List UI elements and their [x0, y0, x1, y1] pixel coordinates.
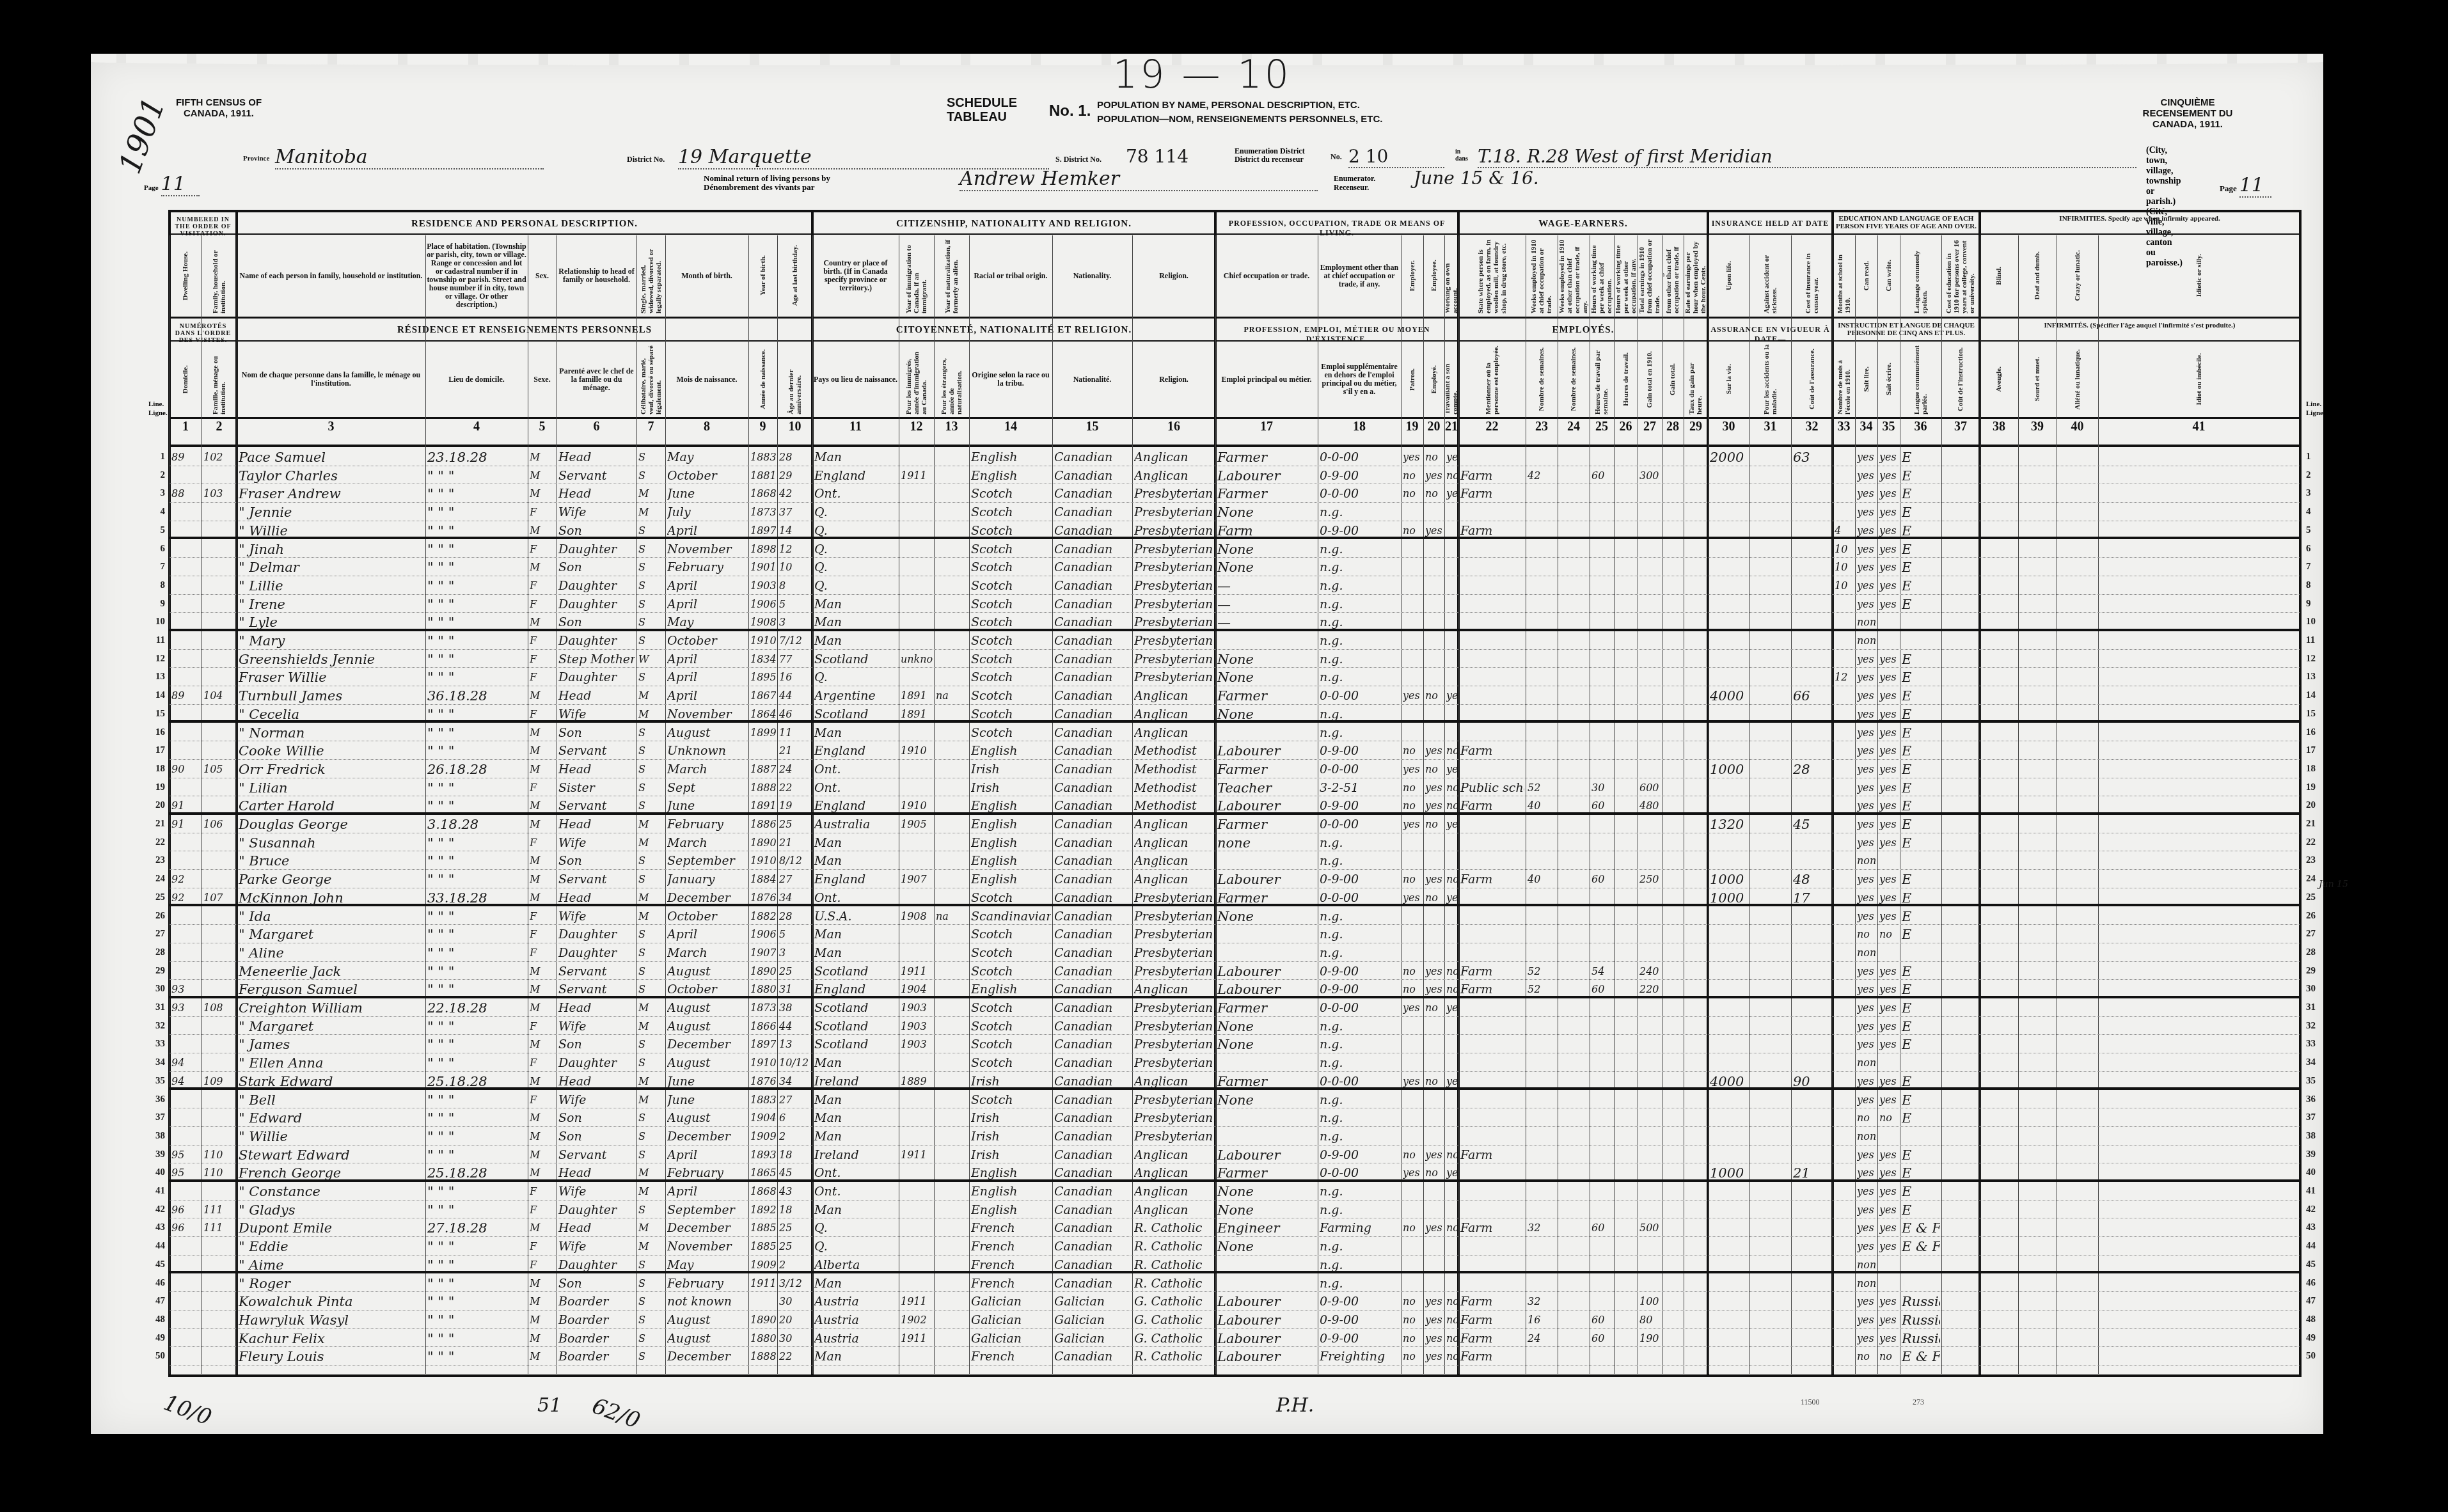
cell-sex: F: [530, 705, 555, 723]
cell-other-employment: 0-9-00: [1320, 963, 1400, 980]
column-36-header-text: Language commonly spoken.: [1913, 238, 1929, 313]
cell-birth-month: August: [667, 1109, 747, 1126]
column-10-header-text: Âge au dernier anniversaire.: [787, 344, 803, 414]
cell-can-write: yes: [1879, 963, 1899, 980]
column-27-header-en: Total earnings in 1910 from chief occupa…: [1639, 237, 1661, 315]
cell-nationality: Canadian: [1054, 980, 1131, 998]
cell-sex: M: [530, 1330, 555, 1347]
cell-birth-month: November: [667, 705, 747, 723]
line-number-right: 42: [2306, 1204, 2325, 1215]
cell-birthplace: Ireland: [814, 1073, 897, 1090]
cell-person-name: Fraser Willie: [239, 668, 424, 686]
cell-birthplace: Ont.: [814, 760, 897, 778]
line-label-right: Line. Ligne.: [2306, 400, 2325, 418]
cell-employer: no: [1403, 742, 1422, 759]
cell-nationality: Canadian: [1054, 650, 1131, 668]
cell-chief-occupation: —: [1217, 595, 1316, 613]
cell-birthplace: Man: [814, 834, 897, 851]
cell-own-account: no: [1446, 1311, 1457, 1328]
cell-immigration-year: 1903: [901, 999, 933, 1016]
cell-relationship: Wife: [558, 1091, 635, 1108]
cell-can-read: yes: [1857, 467, 1876, 484]
line-number: 50: [146, 1351, 165, 1362]
column-5-header-fr: Sexe.: [529, 343, 555, 416]
cell-nationality: Canadian: [1054, 724, 1131, 741]
cell-can-write: yes: [1879, 1164, 1899, 1181]
cell-chief-occupation: Farmer: [1217, 1073, 1316, 1090]
cell-sex: M: [530, 1293, 555, 1310]
nominal-return-fr: Dénombrement des vivants par: [704, 183, 830, 192]
cell-other-employment: 0-0-00: [1320, 1073, 1400, 1090]
cell-other-employment: n.g.: [1320, 540, 1400, 558]
cell-marital-status: S: [638, 925, 664, 943]
cell-sex: M: [530, 742, 555, 759]
cell-person-name: " Ellen Anna: [239, 1054, 424, 1071]
line-number-right: 4: [2306, 507, 2325, 517]
cell-marital-status: S: [638, 724, 664, 741]
column-16-header-fr: Religion.: [1133, 343, 1214, 416]
cell-can-read: yes: [1857, 815, 1876, 833]
cell-birth-year: 1908: [750, 613, 776, 631]
cell-can-read: yes: [1857, 980, 1876, 998]
cell-employee: no: [1425, 1164, 1443, 1181]
cell-employee: yes: [1425, 1348, 1443, 1365]
cell-relationship: Daughter: [558, 1256, 635, 1273]
cell-other-employment: 0-0-00: [1320, 760, 1400, 778]
cell-place-of-habitation: 27.18.28: [427, 1219, 526, 1236]
cell-hours-chief: 60: [1591, 1219, 1613, 1236]
cell-nationality: Canadian: [1054, 1275, 1131, 1292]
cell-sex: F: [530, 925, 555, 943]
cell-marital-status: W: [638, 650, 664, 668]
cell-chief-occupation: Farmer: [1217, 815, 1316, 833]
cell-dwelling-number: 95: [171, 1164, 200, 1181]
cell-relationship: Head: [558, 815, 635, 833]
cell-relationship: Head: [558, 485, 635, 502]
cell-relationship: Servant: [558, 980, 635, 998]
header-rule: [168, 417, 2302, 419]
cell-dwelling-number: 96: [171, 1201, 200, 1218]
cell-employee: no: [1425, 760, 1443, 778]
cell-nationality: Canadian: [1054, 448, 1131, 466]
cell-religion: Anglican: [1134, 1164, 1214, 1181]
cell-dwelling-number: 95: [171, 1146, 200, 1163]
cell-nationality: Canadian: [1054, 834, 1131, 851]
cell-other-employment: n.g.: [1320, 1091, 1400, 1108]
column-31-header-en: Against accident or sickness.: [1751, 237, 1790, 315]
cell-birth-month: April: [667, 522, 747, 539]
cell-employee: no: [1425, 687, 1443, 704]
cell-where-employed: Public school: [1460, 779, 1524, 796]
cell-birth-month: Sept: [667, 779, 747, 796]
cell-place-of-habitation: 26.18.28: [427, 760, 526, 778]
cell-person-name: Stewart Edward: [239, 1146, 424, 1163]
line-number: 45: [146, 1259, 165, 1270]
cell-marital-status: M: [638, 834, 664, 851]
line-number: 38: [146, 1131, 165, 1142]
cell-family-number: 109: [203, 1073, 235, 1090]
cell-place-of-habitation: " " ": [427, 797, 526, 814]
cell-family-number: 111: [203, 1219, 235, 1236]
line-number-right: 21: [2306, 819, 2325, 830]
cell-marital-status: S: [638, 944, 664, 961]
cell-sex: F: [530, 1091, 555, 1108]
cell-place-of-habitation: " " ": [427, 779, 526, 796]
column-34-header-en: Can read.: [1856, 237, 1876, 315]
column-number-35: 35: [1877, 420, 1900, 434]
cell-language: E: [1902, 467, 1940, 484]
cell-racial-origin: Scotch: [971, 1036, 1051, 1053]
cell-person-name: " Aime: [239, 1256, 424, 1273]
column-14-header-text: Racial or tribal origin.: [974, 272, 1047, 280]
line-number: 23: [146, 855, 165, 866]
cell-person-name: " Lillie: [239, 577, 424, 594]
cell-nationality: Canadian: [1054, 1091, 1131, 1108]
cell-other-employment: 0-9-00: [1320, 1330, 1400, 1347]
line-number-right: 9: [2306, 599, 2325, 610]
cell-racial-origin: English: [971, 1183, 1051, 1200]
cell-relationship: Servant: [558, 742, 635, 759]
cell-place-of-habitation: " " ": [427, 668, 526, 686]
cell-place-of-habitation: " " ": [427, 503, 526, 521]
column-number-11: 11: [812, 420, 899, 434]
cell-dwelling-number: 89: [171, 687, 200, 704]
cell-place-of-habitation: " " ": [427, 742, 526, 759]
cell-religion: G. Catholic: [1134, 1311, 1214, 1328]
cell-nationality: Canadian: [1054, 577, 1131, 594]
cell-place-of-habitation: " " ": [427, 1256, 526, 1273]
cell-can-read: none: [1857, 944, 1876, 961]
column-15-header-text: Nationality.: [1073, 272, 1112, 280]
cell-other-employment: n.g.: [1320, 925, 1400, 943]
cell-where-employed: Farm: [1460, 870, 1524, 888]
cell-place-of-habitation: " " ": [427, 467, 526, 484]
cell-other-employment: n.g.: [1320, 852, 1400, 869]
cell-religion: Presbyterian: [1134, 668, 1214, 686]
cell-relationship: Daughter: [558, 944, 635, 961]
cell-other-employment: 0-9-00: [1320, 980, 1400, 998]
cell-language: E: [1902, 1109, 1940, 1126]
cell-marital-status: S: [638, 870, 664, 888]
cell-racial-origin: Scotch: [971, 613, 1051, 631]
cell-language: E: [1902, 980, 1940, 998]
cell-chief-occupation: None: [1217, 650, 1316, 668]
cell-place-of-habitation: " " ": [427, 925, 526, 943]
cell-sex: M: [530, 1348, 555, 1365]
cell-person-name: " Cecelia: [239, 705, 424, 723]
cell-insurance-life: 2000: [1710, 448, 1748, 466]
column-19-header-text: Patron.: [1409, 368, 1416, 391]
column-18-header-en: Employment other than at chief occupatio…: [1319, 237, 1400, 315]
enumerator-name: Andrew Hemker: [959, 168, 1318, 191]
column-33-header-text: Months at school in 1910.: [1836, 238, 1852, 313]
cell-other-employment: n.g.: [1320, 705, 1400, 723]
cell-sex: F: [530, 908, 555, 925]
cell-insurance-life: 1000: [1710, 870, 1748, 888]
cell-marital-status: S: [638, 577, 664, 594]
cell-place-of-habitation: " " ": [427, 705, 526, 723]
column-17-header-text: Chief occupation or trade.: [1224, 272, 1309, 280]
cell-employee: yes: [1425, 870, 1443, 888]
schedule-number: No. 1.: [1049, 102, 1091, 120]
column-16-header-en: Religion.: [1133, 237, 1214, 315]
column-35-header-text: Sait écrire.: [1885, 363, 1893, 395]
cell-insurance-life: 4000: [1710, 1073, 1748, 1090]
cell-birth-month: December: [667, 889, 747, 906]
cell-relationship: Wife: [558, 1238, 635, 1255]
cell-employee: no: [1425, 999, 1443, 1016]
cell-place-of-habitation: 36.18.28: [427, 687, 526, 704]
cell-marital-status: S: [638, 980, 664, 998]
cell-own-account: no: [1446, 742, 1457, 759]
cell-racial-origin: Scotch: [971, 724, 1051, 741]
cell-chief-occupation: None: [1217, 1201, 1316, 1218]
cell-dwelling-number: 94: [171, 1073, 200, 1090]
column-number-29: 29: [1684, 420, 1708, 434]
cell-immigration-year: 1889: [901, 1073, 933, 1090]
line-number: 1: [146, 452, 165, 462]
cell-racial-origin: English: [971, 980, 1051, 998]
column-10-header-en: Age at last birthday.: [778, 237, 811, 315]
cell-language: E: [1902, 540, 1940, 558]
cell-person-name: Cooke Willie: [239, 742, 424, 759]
column-11-header-en: Country or place of birth. (If in Canada…: [814, 237, 897, 315]
cell-racial-origin: Irish: [971, 760, 1051, 778]
line-number: 30: [146, 984, 165, 995]
cell-age: 28: [779, 908, 811, 925]
column-36-header-en: Language commonly spoken.: [1901, 237, 1940, 315]
cell-racial-origin: Scotch: [971, 650, 1051, 668]
cell-language: E: [1902, 503, 1940, 521]
column-41-header-text: Idiot ou imbécile.: [2195, 353, 2203, 406]
line-number-right: 10: [2306, 617, 2325, 627]
cell-other-employment: n.g.: [1320, 650, 1400, 668]
cell-other-employment: 0-9-00: [1320, 797, 1400, 814]
cell-immigration-year: unknown: [901, 650, 933, 668]
cell-birthplace: Man: [814, 724, 897, 741]
cell-other-employment: n.g.: [1320, 724, 1400, 741]
cell-where-employed: Farm: [1460, 742, 1524, 759]
cell-place-of-habitation: " " ": [427, 1348, 526, 1365]
cell-racial-origin: Scotch: [971, 1054, 1051, 1071]
line-number-right: 19: [2306, 782, 2325, 793]
cell-marital-status: S: [638, 1201, 664, 1218]
cell-birth-year: 1882: [750, 908, 776, 925]
enumeration-date: June 15 & 16.: [1414, 168, 1539, 189]
cell-language: E: [1902, 1164, 1940, 1181]
cell-marital-status: S: [638, 558, 664, 576]
cell-chief-occupation: Farmer: [1217, 485, 1316, 502]
column-26-header-en: Hours of working time per week at other …: [1615, 237, 1636, 315]
cell-birth-year: 1885: [750, 1219, 776, 1236]
cell-sex: F: [530, 632, 555, 649]
cell-birth-month: January: [667, 870, 747, 888]
cell-language: E: [1902, 687, 1940, 704]
cell-marital-status: M: [638, 1018, 664, 1035]
cell-language: E & F: [1902, 1238, 1940, 1255]
cell-place-of-habitation: " " ": [427, 1128, 526, 1145]
cell-sex: F: [530, 668, 555, 686]
cell-birthplace: Q.: [814, 577, 897, 594]
cell-birth-year: 1865: [750, 1164, 776, 1181]
cell-can-read: yes: [1857, 1311, 1876, 1328]
cell-birth-year: 1911: [750, 1275, 776, 1292]
cell-age: 25: [779, 963, 811, 980]
cell-marital-status: S: [638, 1348, 664, 1365]
cell-place-of-habitation: " " ": [427, 1311, 526, 1328]
cell-own-account: yes: [1446, 815, 1457, 833]
column-7-header-text: Single, married, widowed, divorced or le…: [640, 238, 663, 313]
footer-note-2: 273: [1913, 1398, 1924, 1407]
cell-racial-origin: Scotch: [971, 503, 1051, 521]
column-26-header-text: Heures de travail.: [1622, 352, 1630, 406]
cell-can-write: yes: [1879, 999, 1899, 1016]
cell-can-write: no: [1879, 1109, 1899, 1126]
cell-age: 27: [779, 1091, 811, 1108]
cell-person-name: " Willie: [239, 522, 424, 539]
column-number-8: 8: [665, 420, 748, 434]
cell-relationship: Servant: [558, 467, 635, 484]
cell-birth-month: September: [667, 1201, 747, 1218]
cell-age: 20: [779, 1311, 811, 1328]
cell-birth-year: 1891: [750, 797, 776, 814]
column-number-38: 38: [1980, 420, 2018, 434]
column-9-header-text: Year of birth.: [759, 255, 767, 295]
cell-nationality: Canadian: [1054, 742, 1131, 759]
cell-other-employment: n.g.: [1320, 1256, 1400, 1273]
cell-months-school: 10: [1835, 558, 1854, 576]
cell-religion: Anglican: [1134, 1073, 1214, 1090]
cell-racial-origin: Irish: [971, 1128, 1051, 1145]
cell-where-employed: Farm: [1460, 1348, 1524, 1365]
cell-birth-month: August: [667, 724, 747, 741]
cell-insurance-cost: 28: [1793, 760, 1831, 778]
cell-can-write: yes: [1879, 908, 1899, 925]
cell-birthplace: Man: [814, 944, 897, 961]
cell-other-employment: n.g.: [1320, 1183, 1400, 1200]
cell-racial-origin: English: [971, 834, 1051, 851]
cell-relationship: Head: [558, 760, 635, 778]
line-number: 5: [146, 525, 165, 536]
cell-relationship: Son: [558, 1109, 635, 1126]
cell-person-name: Creighton William: [239, 999, 424, 1016]
cell-marital-status: S: [638, 1275, 664, 1292]
cell-age: 34: [779, 1073, 811, 1090]
cell-can-write: yes: [1879, 1311, 1899, 1328]
cell-employee: yes: [1425, 1330, 1443, 1347]
cell-birth-year: 1897: [750, 1036, 776, 1053]
column-15-header-en: Nationality.: [1054, 237, 1131, 315]
population-fr: POPULATION—NOM, RENSEIGNEMENTS PERSONNEL…: [1097, 113, 1382, 127]
cell-nationality: Canadian: [1054, 1348, 1131, 1365]
cell-can-read: no: [1857, 1348, 1876, 1365]
cell-birth-month: December: [667, 1128, 747, 1145]
cell-can-write: yes: [1879, 1201, 1899, 1218]
cell-employee: yes: [1425, 1311, 1443, 1328]
column-37-header-text: Cost of education in 1910 for persons ov…: [1945, 238, 1976, 313]
province-label: Province: [243, 155, 269, 162]
cell-age: 3/12: [779, 1275, 811, 1292]
cell-can-read: yes: [1857, 1183, 1876, 1200]
cell-can-read: yes: [1857, 1036, 1876, 1053]
cell-religion: Anglican: [1134, 724, 1214, 741]
cell-other-employment: n.g.: [1320, 613, 1400, 631]
cell-religion: Methodist: [1134, 779, 1214, 796]
cell-own-account: no: [1446, 467, 1457, 484]
column-37-header-en: Cost of education in 1910 for persons ov…: [1943, 237, 1978, 315]
cell-person-name: " Ida: [239, 908, 424, 925]
line-number-right: 25: [2306, 892, 2325, 903]
cell-age: 43: [779, 1183, 811, 1200]
cell-can-read: none: [1857, 1054, 1876, 1071]
cell-sex: M: [530, 1311, 555, 1328]
cell-insurance-cost: 90: [1793, 1073, 1831, 1090]
cell-marital-status: S: [638, 797, 664, 814]
cell-employer: yes: [1403, 889, 1422, 906]
cell-religion: Presbyterian: [1134, 944, 1214, 961]
cell-birth-year: 1892: [750, 1201, 776, 1218]
cell-can-write: yes: [1879, 834, 1899, 851]
line-number-right: 50: [2306, 1351, 2325, 1362]
cell-person-name: " Susannah: [239, 834, 424, 851]
cell-age: 77: [779, 650, 811, 668]
cell-religion: Anglican: [1134, 980, 1214, 998]
cell-chief-occupation: Labourer: [1217, 1311, 1316, 1328]
cell-can-write: yes: [1879, 705, 1899, 723]
cell-earnings-chief: 250: [1639, 870, 1661, 888]
cell-marital-status: M: [638, 1073, 664, 1090]
line-number-right: 5: [2306, 525, 2325, 536]
column-number-20: 20: [1423, 420, 1444, 434]
cell-racial-origin: Irish: [971, 1146, 1051, 1163]
cell-racial-origin: Scotch: [971, 925, 1051, 943]
column-34-header-text: Can read.: [1863, 261, 1870, 290]
cell-can-write: yes: [1879, 742, 1899, 759]
cell-age: 24: [779, 760, 811, 778]
cell-birthplace: Man: [814, 613, 897, 631]
cell-can-write: yes: [1879, 577, 1899, 594]
cell-birth-month: April: [667, 687, 747, 704]
cell-nationality: Canadian: [1054, 1073, 1131, 1090]
cell-own-account: no: [1446, 1219, 1457, 1236]
column-41-header-text: Idiotic or silly.: [2195, 254, 2203, 297]
column-4-header-text: Lieu de domicile.: [448, 375, 505, 384]
cell-birth-year: 1901: [750, 558, 776, 576]
cell-relationship: Son: [558, 613, 635, 631]
cell-immigration-year: 1911: [901, 963, 933, 980]
cell-sex: M: [530, 815, 555, 833]
line-number-right: 32: [2306, 1021, 2325, 1032]
cell-birthplace: Man: [814, 1201, 897, 1218]
line-number: 27: [146, 929, 165, 940]
cell-employee: yes: [1425, 980, 1443, 998]
cell-employer: no: [1403, 1293, 1422, 1310]
section-education-en: EDUCATION AND LANGUAGE OF EACH PERSON FI…: [1833, 215, 1980, 230]
cell-can-read: yes: [1857, 558, 1876, 576]
cell-sex: F: [530, 1183, 555, 1200]
column-18-header-fr: Emploi supplémentaire en dehors de l'emp…: [1319, 343, 1400, 416]
cell-immigration-year: 1908: [901, 908, 933, 925]
line-number-right: 14: [2306, 690, 2325, 701]
column-number-34: 34: [1855, 420, 1877, 434]
column-5-header-text: Sexe.: [533, 375, 550, 384]
column-number-31: 31: [1749, 420, 1791, 434]
column-number-5: 5: [528, 420, 557, 434]
cell-relationship: Son: [558, 852, 635, 869]
cell-birthplace: England: [814, 742, 897, 759]
column-29-header-text: Taux du gain par heure.: [1688, 344, 1703, 414]
cell-can-read: yes: [1857, 1091, 1876, 1108]
